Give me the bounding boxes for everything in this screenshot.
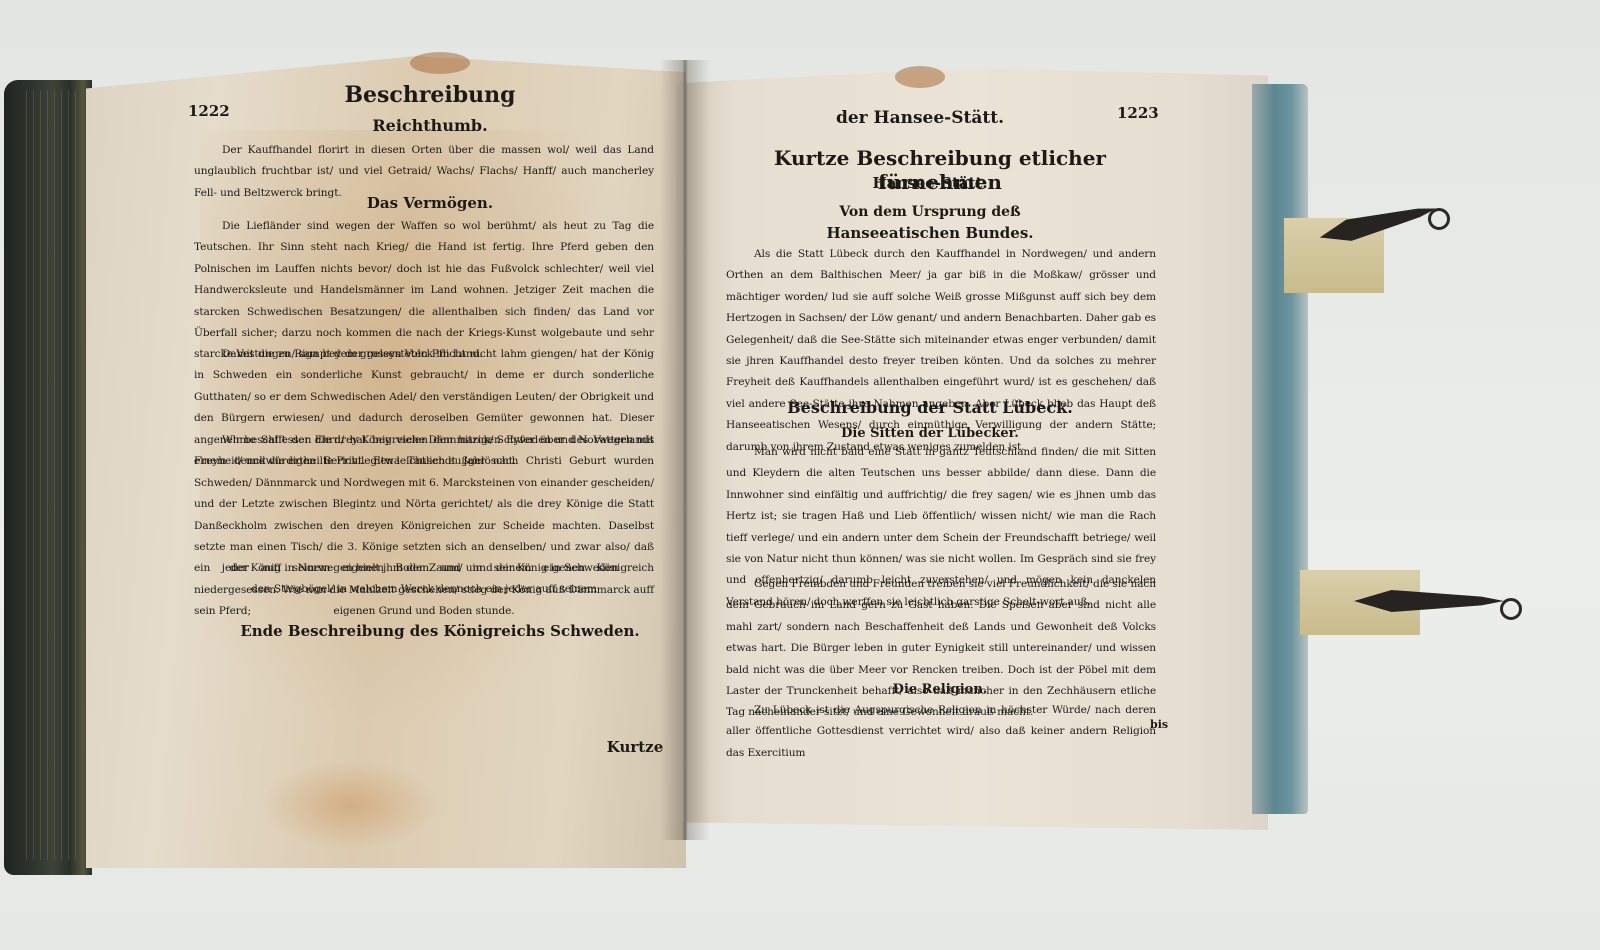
- subtitle-line2: Hanseeatischen Bundes.: [800, 224, 1060, 242]
- page-stack-lines: [20, 90, 80, 860]
- running-head: der Hansee-Stätt.: [830, 108, 1010, 128]
- page-number: 1223: [1117, 104, 1159, 122]
- book-gutter: [660, 60, 710, 840]
- page-number: 1222: [188, 102, 230, 120]
- paragraph: Zu Lübeck ist die Augspurgische Religion…: [726, 700, 1156, 764]
- subheading: Die Religion.: [870, 682, 1010, 697]
- clasp-ring-icon: [1500, 598, 1522, 620]
- subheading: Die Sitten der Lübecker.: [800, 426, 1060, 441]
- clasp-ring-icon: [1428, 208, 1450, 230]
- water-stain: [260, 760, 440, 850]
- closing-line: Ende Beschreibung des Königreichs Schwed…: [240, 622, 640, 640]
- open-book: 1222 Beschreibung Reichthumb. Der Kauffh…: [0, 0, 1600, 950]
- section-title: Reichthumb.: [330, 116, 530, 135]
- catchword: bis: [1150, 718, 1168, 731]
- top-stain: [410, 52, 470, 74]
- running-head: Beschreibung: [330, 82, 530, 108]
- heading: Beschreibung der Statt Lübeck.: [760, 398, 1100, 417]
- catchword: Kurtze: [605, 738, 665, 756]
- paragraph-tail: der König in Norwegen hielt jhm den Zaum…: [194, 558, 654, 622]
- page-title-line2: Hansee-Stätt.: [830, 174, 1030, 192]
- top-stain: [895, 66, 945, 88]
- right-fore-edge: [1252, 84, 1308, 814]
- heading: Das Vermögen.: [330, 194, 530, 212]
- subtitle: Von dem Ursprung deß: [800, 204, 1060, 220]
